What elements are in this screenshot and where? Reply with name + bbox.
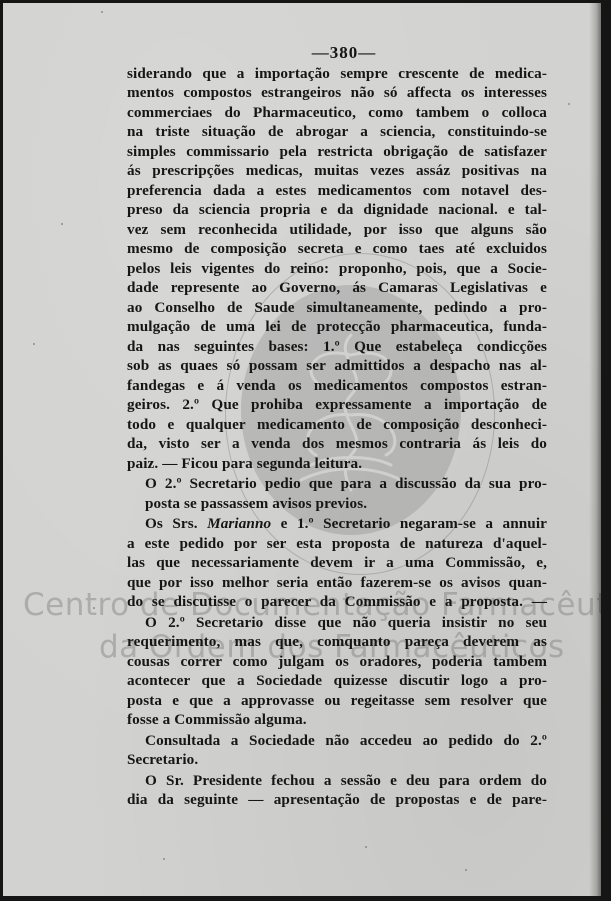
text-line: mulgação de uma lei de protecção pharmac… <box>127 317 547 337</box>
text-line: da nas seguintes bases: 1.º Que estabele… <box>127 337 547 357</box>
paper-speck <box>93 607 95 609</box>
text-line: Os Srs. Marianno e 1.º Secretario negara… <box>127 514 547 534</box>
text-line: sob as quaes só possam ser admittidos a … <box>127 356 547 376</box>
text-line: Consultada a Sociedade não accedeu ao pe… <box>127 731 547 751</box>
text-line: vez sem reconhecida utilidade, por isso … <box>127 220 547 240</box>
text-line: do se discutisse o parecer da Commissão … <box>127 592 547 612</box>
text-line: todo e qualquer medicamento de composiçã… <box>127 415 547 435</box>
text-line: O 2.º Secretario disse que não queria in… <box>127 613 547 633</box>
text-line: mentos compostos estrangeiros não só aff… <box>127 83 547 103</box>
text-line: commerciaes do Pharmaceutico, como tambe… <box>127 103 547 123</box>
paragraph-session-closing: O Sr. Presidente fechou a sessão e deu p… <box>127 771 547 810</box>
paragraph-society-vote: Consultada a Sociedade não accedeu ao pe… <box>127 731 547 770</box>
text-line: simples commissario pela restricta obrig… <box>127 142 547 162</box>
document-page: Centro de Documentação Farmacêutica da O… <box>3 3 601 896</box>
paragraph-marianno-objection: Os Srs. Marianno e 1.º Secretario negara… <box>127 514 547 612</box>
text-line: mesmo de composição secreta e como taes … <box>127 239 547 259</box>
text-line: preso da sciencia propria e da dignidade… <box>127 200 547 220</box>
text-line: dade represente ao Governo, ás Camaras L… <box>127 278 547 298</box>
text-line: O 2.º Secretario pedio que para a discus… <box>127 474 547 494</box>
paper-speck <box>33 343 35 345</box>
text-line: posta e que a approvasse ou regeitasse s… <box>127 691 547 711</box>
paper-speck <box>163 858 165 860</box>
text-fragment: e 1.º Secretario negaram-se a annuir <box>271 515 547 532</box>
text-line: fosse a Commissão alguma. <box>127 710 547 730</box>
text-line: Secretario. <box>127 750 547 770</box>
text-line: acontecer que a Sociedade quizesse discu… <box>127 671 547 691</box>
text-line: que por isso melhor seria então fazerem-… <box>127 573 547 593</box>
text-fragment: Os Srs. <box>145 515 207 532</box>
text-line: pelos leis vigentes do reino: proponho, … <box>127 259 547 279</box>
paragraph-secretary-request: O 2.º Secretario pedio que para a discus… <box>127 474 547 513</box>
text-line: requerimento, mas que, comquanto pareça … <box>127 632 547 652</box>
paper-speck <box>101 11 103 13</box>
paper-speck <box>61 223 63 225</box>
text-line: siderando que a importação sempre cresce… <box>127 64 547 84</box>
page-edge-shadow <box>589 3 601 896</box>
text-line: na triste situação de abrogar a sciencia… <box>127 122 547 142</box>
paper-speck <box>568 103 570 105</box>
paragraph-secretary-reply: O 2.º Secretario disse que não queria in… <box>127 613 547 730</box>
paper-speck <box>465 869 467 871</box>
text-line: geiros. 2.º Que prohiba expressamente a … <box>127 395 547 415</box>
paragraph-proposal: siderando que a importação sempre cresce… <box>127 64 547 474</box>
text-line: paiz. — Ficou para segunda leitura. <box>127 454 547 474</box>
text-line: fandegas e á venda os medicamentos compo… <box>127 376 547 396</box>
text-line: ao Conselho de Saude simultaneamente, pe… <box>127 298 547 318</box>
text-line: a este pedido por ser esta proposta de n… <box>127 534 547 554</box>
text-line: da, visto ser a venda dos mesmos contrar… <box>127 434 547 454</box>
text-line: dia da seguinte — apresentação de propos… <box>127 790 547 810</box>
text-line: ás prescripções medicas, muitas vezes as… <box>127 161 547 181</box>
page-number: —380— <box>127 43 547 63</box>
text-line: cousas correr como julgam os oradores, p… <box>127 652 547 672</box>
scanned-page-frame: Centro de Documentação Farmacêutica da O… <box>0 0 611 901</box>
text-line: preferencia dada a estes medicamentos co… <box>127 181 547 201</box>
text-line: las que necessariamente devem ir a uma C… <box>127 553 547 573</box>
text-line: posta se passassem avisos previos. <box>127 494 547 514</box>
text-line: O Sr. Presidente fechou a sessão e deu p… <box>127 771 547 791</box>
paper-speck <box>365 846 367 848</box>
page-text: —380— siderando que a importação sempre … <box>127 43 547 811</box>
speaker-name: Marianno <box>207 515 271 532</box>
